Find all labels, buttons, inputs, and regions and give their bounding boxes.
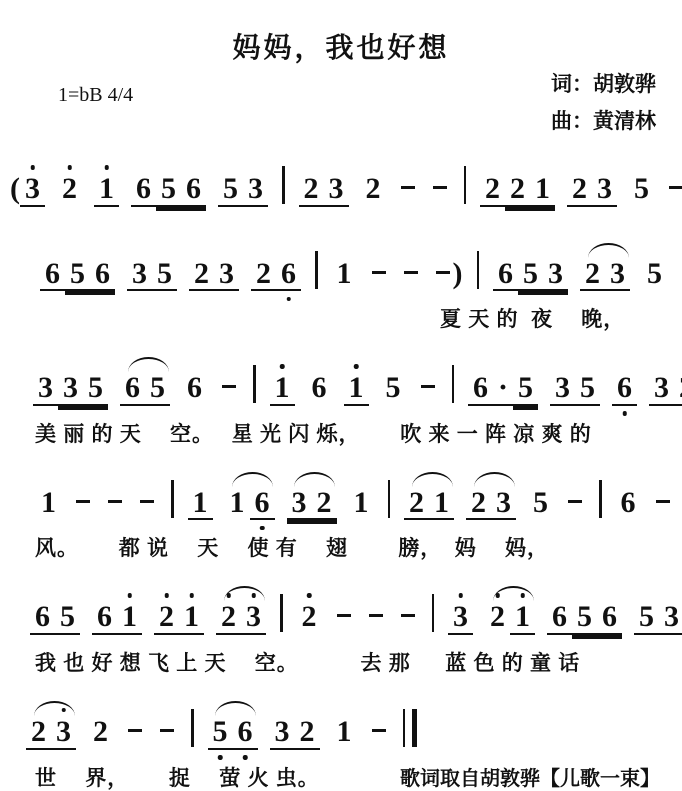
beam-group: 1 — [344, 373, 369, 406]
octave-dot-above — [280, 364, 285, 369]
beam-group — [313, 251, 320, 289]
beam-group: 1 — [332, 259, 357, 290]
duration-dash — [369, 614, 383, 617]
note: 1 — [332, 717, 357, 748]
beam-group — [369, 728, 389, 746]
octave-dot-below — [286, 297, 291, 302]
barline — [477, 251, 480, 289]
beam-group: 656 — [547, 602, 622, 635]
beam-group: 656 — [131, 174, 206, 207]
note: 1 — [429, 488, 454, 521]
octave-dot-above — [189, 593, 194, 598]
note: 1 — [188, 488, 213, 521]
note: 3 — [550, 373, 575, 406]
note: 6 — [597, 602, 622, 635]
beam-group — [430, 185, 450, 203]
duration-dash — [401, 614, 415, 617]
beam-group — [450, 365, 457, 403]
duration-dash — [404, 271, 418, 274]
beam-group: 65 — [120, 373, 170, 406]
note: 6 — [182, 373, 207, 404]
beam-group: 23 — [580, 259, 630, 292]
note: 3 — [243, 174, 268, 207]
beam-group: 23 — [189, 259, 239, 292]
score-header: 妈妈，我也好想 词：胡敦骅 曲：黄清林 1=bB 4/4 — [0, 0, 682, 148]
barline — [171, 480, 174, 518]
barline — [452, 365, 455, 403]
beam-group: 21 — [154, 602, 204, 635]
duration-dash — [160, 729, 174, 732]
octave-dot-below — [260, 526, 265, 531]
note: 3 — [270, 717, 295, 750]
music-system: 11163212123566风。 都 说 天 使 有 翅 膀， 妈 妈， — [36, 462, 682, 563]
note: 2 — [480, 174, 505, 207]
note: 5 — [572, 602, 597, 635]
music-system: 23256321世 界， 捉 萤 火 虫。歌词取自胡敦骅【儿歌一束】 — [26, 691, 682, 791]
note: 6 — [612, 373, 637, 406]
beam-group: 6 — [616, 488, 641, 519]
note: 5 — [145, 373, 170, 406]
octave-dot-above — [67, 165, 72, 170]
octave-dot-above — [127, 593, 132, 598]
slur-arc — [232, 472, 273, 487]
slur-arc — [412, 472, 453, 487]
barline — [432, 594, 435, 632]
beam-group: 6 — [182, 373, 207, 404]
beam-group: 2 — [57, 174, 82, 205]
note: 3 — [287, 488, 312, 521]
lyrics-row: 美 丽 的 天 空。 星 光 闪 烁， 吹 来 一 阵 凉 爽 的 — [33, 418, 682, 448]
sheet-music-page: 妈妈，我也好想 词：胡敦骅 曲：黄清林 1=bB 4/4 (3216565323… — [0, 0, 682, 791]
barline — [464, 166, 467, 204]
beam-group — [169, 480, 176, 518]
octave-dot-above — [61, 708, 66, 713]
beam-group: 32 — [649, 373, 682, 406]
beam-group: 1 — [94, 174, 119, 207]
beam-group: 65 — [30, 602, 80, 635]
duration-dash — [433, 186, 447, 189]
note: 2 — [674, 373, 682, 406]
parenthesis: ( — [10, 172, 20, 206]
note: 3 — [241, 602, 266, 635]
beam-group — [565, 499, 585, 517]
beam-group — [278, 594, 285, 632]
note: 3 — [543, 259, 568, 292]
beam-group — [125, 728, 145, 746]
duration-dash — [401, 186, 415, 189]
note: 5 — [634, 602, 659, 635]
note: 6 — [30, 602, 55, 635]
barline — [282, 166, 285, 204]
octave-dot-above — [354, 364, 359, 369]
note: 6 — [616, 488, 641, 519]
note: 1 — [510, 602, 535, 635]
beam-group: 1 — [36, 488, 61, 519]
note: 6 — [92, 602, 117, 635]
beam-group: 653 — [493, 259, 568, 292]
beam-group: 35 — [127, 259, 177, 292]
note: 5 — [65, 259, 90, 292]
note: 1 — [225, 488, 250, 519]
note: 3 — [51, 717, 76, 750]
notation-line: 6563523261)653235 — [40, 233, 682, 304]
beam-group: 23 — [216, 602, 266, 635]
augmentation-dot: · — [493, 373, 513, 406]
note: 6 — [307, 373, 332, 404]
beam-group — [251, 365, 258, 403]
note: 2 — [26, 717, 51, 750]
lyricist-credit: 词：胡敦骅 — [551, 66, 656, 103]
note: 2 — [580, 259, 605, 292]
parenthesis: ) — [453, 257, 463, 291]
beam-group: 5 — [381, 373, 406, 404]
duration-dash — [421, 385, 435, 388]
note: 6 — [90, 259, 115, 292]
octave-dot-above — [458, 593, 463, 598]
note: 6 — [120, 373, 145, 406]
note: 3 — [605, 259, 630, 292]
footer-credit: 歌词取自胡敦骅【儿歌一束】 — [400, 762, 660, 791]
beam-group — [386, 480, 393, 518]
beam-group: 1 — [349, 488, 374, 519]
beam-group — [475, 251, 482, 289]
note: 5 — [152, 259, 177, 292]
note: 1 — [530, 174, 555, 207]
beam-group: 21 — [404, 488, 454, 521]
slur-arc — [224, 586, 265, 601]
music-system: 33565616156·535632美 丽 的 天 空。 星 光 闪 烁， 吹 … — [33, 347, 682, 448]
slur-arc — [588, 243, 629, 258]
duration-dash — [436, 271, 450, 274]
note: 3 — [127, 259, 152, 292]
note: 1 — [94, 174, 119, 207]
barline — [388, 480, 391, 518]
note: 3 — [20, 174, 45, 207]
note: 6 — [276, 259, 301, 292]
slur-arc — [34, 701, 75, 716]
note: 3 — [214, 259, 239, 292]
note: 3 — [33, 373, 58, 406]
beam-group: 23 — [299, 174, 349, 207]
note: 5 — [208, 717, 233, 750]
note: 5 — [381, 373, 406, 404]
note: 2 — [404, 488, 429, 521]
beam-group: 53 — [218, 174, 268, 207]
duration-dash — [337, 614, 351, 617]
slur-arc — [474, 472, 515, 487]
note: 6 — [493, 259, 518, 292]
note: 5 — [156, 174, 181, 207]
octave-dot-above — [307, 593, 312, 598]
notation-line: (32165653232221235 — [10, 148, 682, 219]
beam-group: 2 — [88, 717, 113, 748]
beam-group: 1 — [188, 488, 213, 521]
beam-group — [219, 384, 239, 402]
notation-line: 33565616156·535632 — [33, 347, 682, 418]
barline — [599, 480, 602, 518]
lyrics-line: 美 丽 的 天 空。 星 光 闪 烁， 吹 来 一 阵 凉 爽 的 — [35, 418, 592, 448]
note: 1 — [270, 373, 295, 406]
lyrics-line: 夏 天 的 夜 晚， — [440, 303, 625, 333]
beam-group: 23 — [26, 717, 76, 750]
beam-group: 6·5 — [468, 373, 538, 406]
beam-group: 16 — [225, 488, 275, 521]
barline — [253, 365, 256, 403]
note: 2 — [361, 174, 386, 205]
beam-group: 6 — [307, 373, 332, 404]
note: 5 — [218, 174, 243, 207]
note: 3 — [491, 488, 516, 521]
duration-dash — [656, 500, 670, 503]
note: 6 — [40, 259, 65, 292]
duration-dash — [372, 729, 386, 732]
note: 3 — [324, 174, 349, 207]
beam-group — [398, 613, 418, 631]
note: 2 — [466, 488, 491, 521]
beam-group — [137, 499, 157, 517]
slur-arc — [493, 586, 534, 601]
duration-dash — [128, 729, 142, 732]
note: 2 — [154, 602, 179, 635]
lyrics-row: 夏 天 的 夜 晚， — [40, 303, 682, 333]
beam-group: 21 — [485, 602, 535, 635]
barline — [280, 594, 283, 632]
beam-group: 32 — [270, 717, 320, 750]
composer-credit: 曲：黄清林 — [551, 103, 656, 140]
note: 2 — [295, 717, 320, 750]
lyrics-line: 我 也 好 想 飞 上 天 空。 去 那 蓝 色 的 童 话 — [35, 647, 580, 677]
beam-group — [366, 613, 386, 631]
beam-group: 56 — [208, 717, 258, 750]
octave-dot-below — [243, 755, 248, 760]
note: 6 — [181, 174, 206, 207]
note: 3 — [592, 174, 617, 207]
beam-group: 1 — [270, 373, 295, 406]
notation-line: 65612123232165653 — [30, 576, 682, 647]
duration-dash — [140, 500, 154, 503]
beam-group: 32 — [287, 488, 337, 521]
beam-group — [398, 185, 418, 203]
beam-group: 2 — [297, 602, 322, 633]
final-barline — [403, 709, 417, 747]
note: 5 — [55, 602, 80, 635]
music-system: (32165653232221235 — [10, 148, 682, 219]
beam-group: 2 — [361, 174, 386, 205]
barline — [315, 251, 318, 289]
note: 5 — [642, 259, 667, 290]
duration-dash — [222, 385, 236, 388]
beam-group: ) — [433, 257, 463, 291]
note: 2 — [485, 602, 510, 633]
beam-group: 656 — [40, 259, 115, 292]
beam-group: 221 — [480, 174, 555, 207]
beam-group — [666, 185, 682, 203]
note: 2 — [567, 174, 592, 207]
note: 1 — [349, 488, 374, 519]
music-system: 6563523261)653235夏 天 的 夜 晚， — [40, 233, 682, 334]
beam-group — [653, 499, 673, 517]
page-title: 妈妈，我也好想 — [0, 26, 682, 66]
note: 2 — [297, 602, 322, 633]
note: 1 — [36, 488, 61, 519]
note: 6 — [233, 717, 258, 750]
note: 2 — [299, 174, 324, 207]
note: 6 — [250, 488, 275, 521]
duration-dash — [76, 500, 90, 503]
beam-group — [157, 728, 177, 746]
beam-group — [597, 480, 604, 518]
lyrics-row: 我 也 好 想 飞 上 天 空。 去 那 蓝 色 的 童 话 — [30, 647, 682, 677]
duration-dash — [372, 271, 386, 274]
beam-group — [105, 499, 125, 517]
note: 5 — [575, 373, 600, 406]
note: 1 — [117, 602, 142, 635]
barline — [191, 709, 194, 747]
note: 6 — [547, 602, 572, 635]
octave-dot-above — [104, 165, 109, 170]
note: 2 — [88, 717, 113, 748]
octave-dot-above — [520, 593, 525, 598]
octave-dot-above — [164, 593, 169, 598]
lyrics-row: 风。 都 说 天 使 有 翅 膀， 妈 妈， — [36, 532, 682, 562]
beam-group: (3 — [10, 172, 45, 207]
lyrics-line: 世 界， 捉 萤 火 虫。 — [35, 762, 320, 791]
note: 5 — [528, 488, 553, 519]
note: 6 — [131, 174, 156, 207]
beam-group: 1 — [332, 717, 357, 748]
note: 2 — [251, 259, 276, 292]
note: 2 — [505, 174, 530, 207]
note: 3 — [448, 602, 473, 635]
beam-group: 53 — [634, 602, 682, 635]
note: 5 — [513, 373, 538, 406]
lyrics-row: 世 界， 捉 萤 火 虫。歌词取自胡敦骅【儿歌一束】 — [26, 762, 682, 791]
note: 6 — [468, 373, 493, 406]
beam-group: 335 — [33, 373, 108, 406]
slur-arc — [128, 357, 169, 372]
beam-group: 23 — [466, 488, 516, 521]
beam-group: 5 — [642, 259, 667, 290]
beam-group — [462, 166, 469, 204]
beam-group: 3 — [448, 602, 473, 635]
key-signature: 1=bB 4/4 — [58, 84, 133, 107]
duration-dash — [669, 186, 682, 189]
beam-group: 5 — [629, 174, 654, 205]
note: 2 — [312, 488, 337, 521]
beam-group: 26 — [251, 259, 301, 292]
credits-block: 词：胡敦骅 曲：黄清林 — [551, 66, 656, 140]
score: (321656532322212356563523261)653235夏 天 的… — [0, 148, 682, 791]
beam-group — [418, 384, 438, 402]
note: 3 — [649, 373, 674, 406]
music-system: 65612123232165653我 也 好 想 飞 上 天 空。 去 那 蓝 … — [30, 576, 682, 677]
beam-group: 5 — [528, 488, 553, 519]
note: 3 — [58, 373, 83, 406]
octave-dot-below — [218, 755, 223, 760]
notation-line: 11163212123566 — [36, 462, 682, 533]
duration-dash — [108, 500, 122, 503]
note: 3 — [659, 602, 682, 635]
beam-group: 6 — [612, 373, 637, 406]
beam-group — [401, 709, 419, 747]
note: 1 — [332, 259, 357, 290]
slur-arc — [215, 701, 256, 716]
note: 5 — [629, 174, 654, 205]
lyrics-line: 风。 都 说 天 使 有 翅 膀， 妈 妈， — [35, 532, 549, 562]
octave-dot-above — [251, 593, 256, 598]
octave-dot-above — [30, 165, 35, 170]
duration-dash — [568, 500, 582, 503]
note: 2 — [216, 602, 241, 635]
beam-group: 61 — [92, 602, 142, 635]
beam-group: 35 — [550, 373, 600, 406]
beam-group — [73, 499, 93, 517]
beam-group: 23 — [567, 174, 617, 207]
note: 5 — [518, 259, 543, 292]
note: 1 — [179, 602, 204, 635]
beam-group — [280, 166, 287, 204]
beam-group — [401, 270, 421, 288]
beam-group — [430, 594, 437, 632]
note: 2 — [57, 174, 82, 205]
octave-dot-below — [622, 411, 627, 416]
beam-group — [189, 709, 196, 747]
notation-line: 23256321 — [26, 691, 682, 762]
note: 5 — [83, 373, 108, 406]
note: 2 — [189, 259, 214, 292]
slur-arc — [294, 472, 335, 487]
beam-group — [334, 613, 354, 631]
beam-group — [369, 270, 389, 288]
note: 1 — [344, 373, 369, 406]
